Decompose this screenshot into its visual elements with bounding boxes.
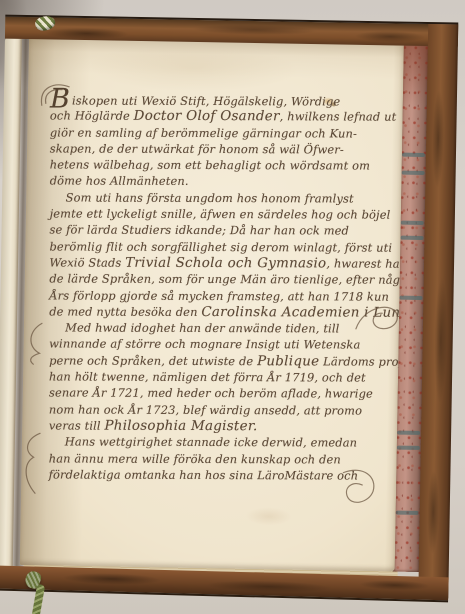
text-block: Biskopen uti Wexiö Stift, Högälskelig, W… <box>49 91 400 483</box>
line-text: Som uti hans första ungdom hos honom fra… <box>66 190 354 205</box>
line-text: han ännu mera wille föröka den kunskap o… <box>49 451 341 466</box>
illuminated-initial: B <box>50 83 70 114</box>
line-text: veras till <box>49 418 105 432</box>
emphasized-text: Publique <box>257 354 319 369</box>
stain <box>245 507 291 526</box>
manuscript-line: jemte ett lyckeligt snille, äfwen en sär… <box>50 206 400 224</box>
manuscript-page: Biskopen uti Wexiö Stift, Högälskelig, W… <box>20 35 404 571</box>
emphasized-text: Doctor Olof Osander <box>134 109 280 125</box>
manuscript-line: Biskopen uti Wexiö Stift, Högälskelig, W… <box>50 91 400 109</box>
line-text: iskopen uti Wexiö Stift, Högälskelig, Wö… <box>72 94 340 109</box>
manuscript-line: och Höglärde Doctor Olof Osander, hwilke… <box>50 108 400 126</box>
manuscript-line: Som uti hans första ungdom hos honom fra… <box>50 189 400 207</box>
manuscript-line: de lärde Språken, som för unge Män äro t… <box>49 271 399 289</box>
book: Biskopen uti Wexiö Stift, Högälskelig, W… <box>0 15 458 599</box>
manuscript-line: perne och Språken, det utwiste de Publiq… <box>49 352 399 370</box>
line-text: se för lärda Studiers idkande; Då har ha… <box>50 223 350 238</box>
line-text: winnande af större och mognare Insigt ut… <box>49 337 360 352</box>
line-text: Hans wettgirighet stannade icke derwid, … <box>65 435 357 450</box>
line-text: giör en samling af berömmelige gärningar… <box>50 125 357 140</box>
line-text: fördelaktiga omtanka han hos sina LäroMä… <box>49 467 359 482</box>
fore-edge-top-shading <box>401 44 430 106</box>
scanned-manuscript-photo: Biskopen uti Wexiö Stift, Högälskelig, W… <box>0 0 465 614</box>
fore-edge-teal-band <box>400 236 423 240</box>
fore-edge-teal-band <box>399 296 422 300</box>
manuscript-line: senare År 1721, med heder och beröm afla… <box>49 385 399 403</box>
emphasized-text: Trivial Schola och Gymnasio <box>125 256 326 272</box>
line-text: Års förlopp gjorde så mycken framsteg, a… <box>49 288 389 303</box>
manuscript-line: Års förlopp gjorde så mycken framsteg, a… <box>49 287 399 305</box>
line-text: , hwarest han uti <box>326 256 404 270</box>
line-text: hetens wälbehag, som ett behagligt och w… <box>50 158 370 173</box>
emphasized-text: Philosophia Magister. <box>104 419 257 435</box>
line-text: skapen, de der utwärkat för honom så wäl… <box>50 141 344 156</box>
line-text: jemte ett lyckeligt snille, äfwen en sär… <box>50 207 391 222</box>
manuscript-line: döme hos Allmänheten. <box>50 173 400 191</box>
manuscript-line: de med nytta besöka den Carolinska Acade… <box>49 303 399 321</box>
fore-edge-teal-band <box>397 431 420 435</box>
pen-flourish-paragraph-med <box>25 321 46 365</box>
manuscript-line: hetens wälbehag, som ett behagligt och w… <box>50 157 400 175</box>
line-text: berömlig flit och sorgfällighet sig dero… <box>49 239 392 254</box>
manuscript-line: se för lärda Studiers idkande; Då har ha… <box>50 222 400 240</box>
fore-edge-teal-band <box>402 153 425 157</box>
manuscript-line: fördelaktiga omtanka han hos sina LäroMä… <box>49 466 399 484</box>
manuscript-line: veras till Philosophia Magister. <box>49 417 399 435</box>
pen-flourish-paragraph-hans <box>21 431 44 495</box>
manuscript-line: han hölt twenne, nämligen det förra År 1… <box>49 368 399 386</box>
fore-edge-teal-band <box>402 171 425 175</box>
manuscript-line: giör en samling af berömmelige gärningar… <box>50 124 400 142</box>
fore-edge-teal-band <box>401 221 424 225</box>
line-text: nom han ock År 1723, blef wärdig ansedd,… <box>49 402 362 417</box>
emphasized-text: Carolinska Academien i Lund. <box>201 305 404 321</box>
manuscript-line: Wexiö Stads Trivial Schola och Gymnasio,… <box>49 254 399 272</box>
fore-edge-teal-band <box>397 446 420 450</box>
manuscript-line: nom han ock År 1723, blef wärdig ansedd,… <box>49 401 399 419</box>
manuscript-line: skapen, de der utwärkat för honom så wäl… <box>50 140 400 158</box>
line-text: döme hos Allmänheten. <box>50 174 189 188</box>
line-text: perne och Språken, det utwiste de <box>49 353 257 368</box>
manuscript-line: han ännu mera wille föröka den kunskap o… <box>49 450 399 468</box>
line-text: de lärde Språken, som för unge Män äro t… <box>49 272 404 287</box>
line-text: , hwilkens lefnad ut <box>280 110 397 124</box>
line-text: Med hwad idoghet han der anwände tiden, … <box>65 321 339 336</box>
fore-edge-teal-band <box>396 511 419 515</box>
line-text: senare År 1721, med heder och beröm afla… <box>49 386 373 401</box>
line-text: han hölt twenne, nämligen det förra År 1… <box>49 369 366 384</box>
line-text: Lärdoms prof <box>319 354 403 368</box>
manuscript-line: berömlig flit och sorgfällighet sig dero… <box>49 238 399 256</box>
line-text: de med nytta besöka den <box>49 304 201 319</box>
manuscript-line: Med hwad idoghet han der anwände tiden, … <box>49 320 399 338</box>
manuscript-line: winnande af större och mognare Insigt ut… <box>49 336 399 354</box>
manuscript-line: Hans wettgirighet stannade icke derwid, … <box>49 434 399 452</box>
line-text: Wexiö Stads <box>49 255 125 269</box>
